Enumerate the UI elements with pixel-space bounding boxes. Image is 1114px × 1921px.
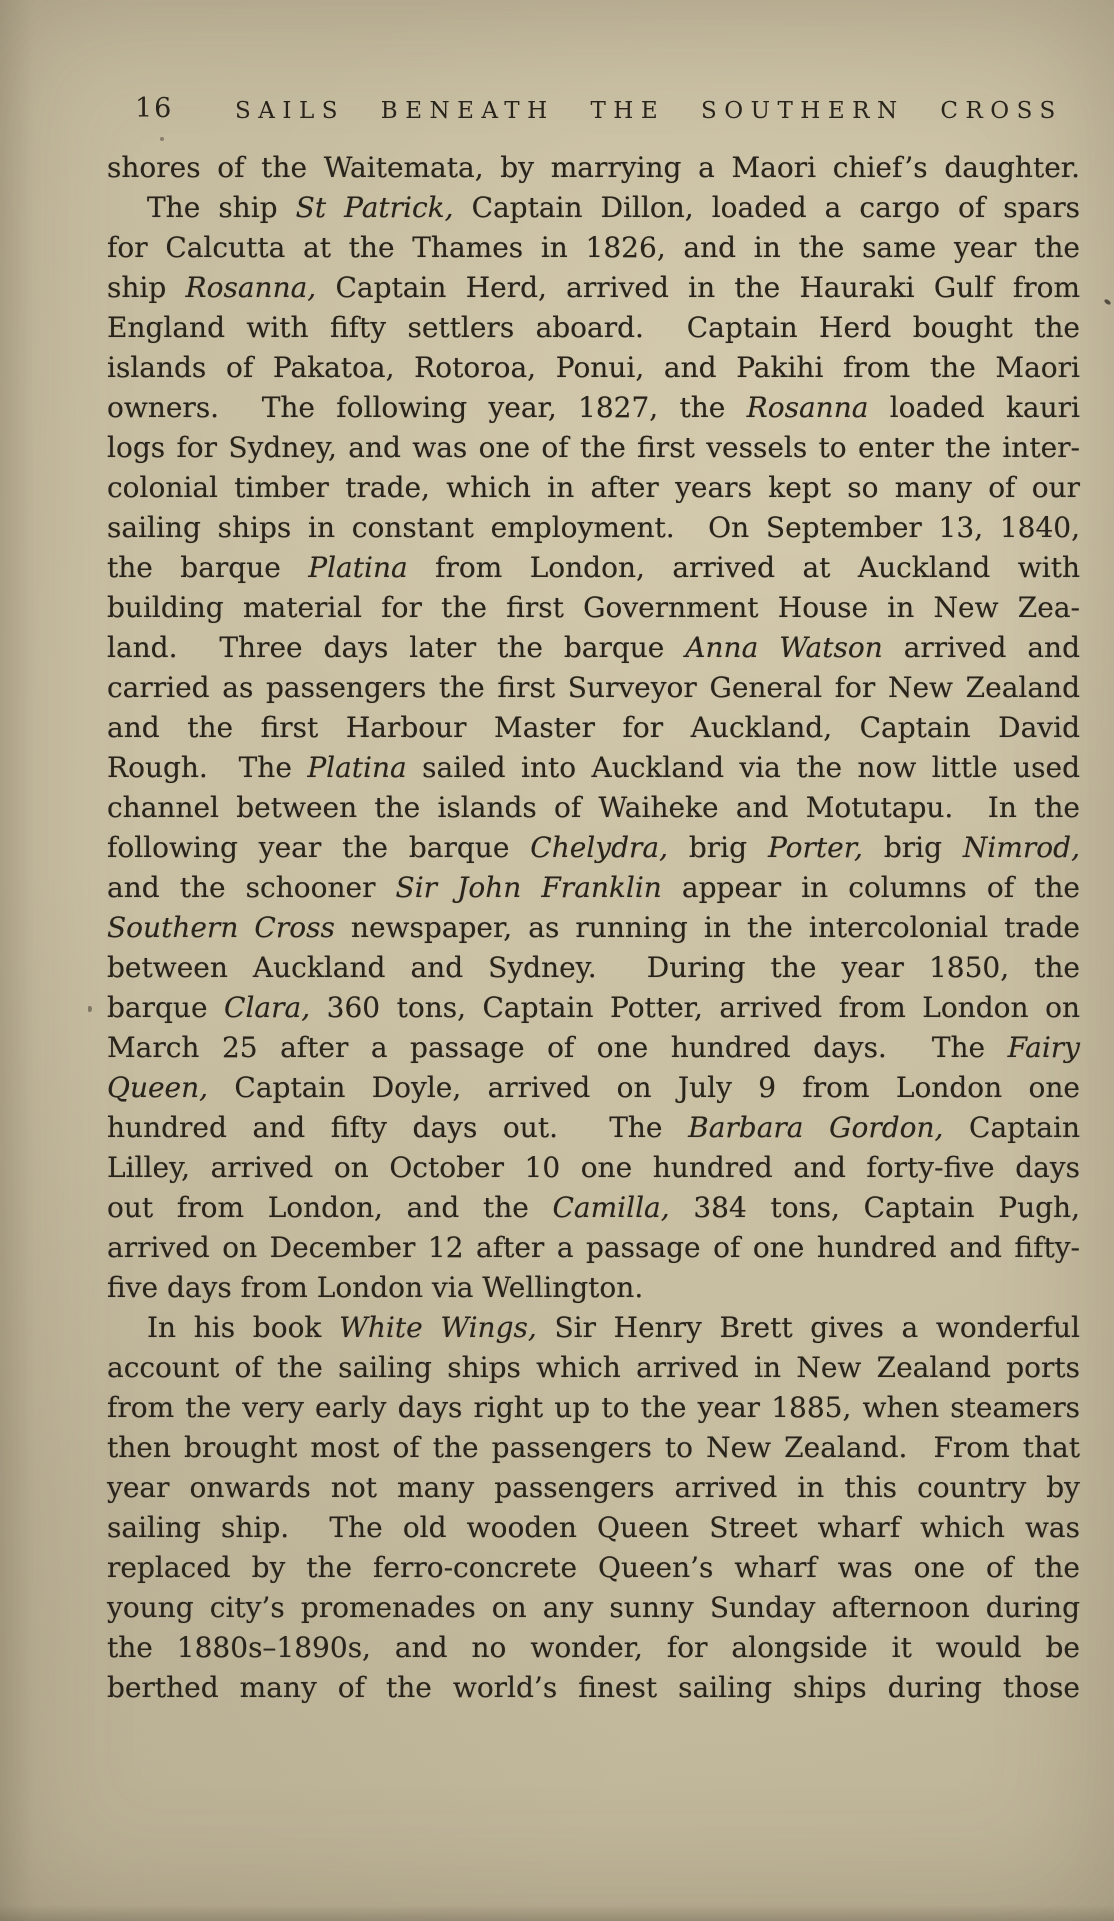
text-line: and the schooner Sir John Franklin appea… — [107, 868, 1080, 908]
text-segment: then brought most of the passengers to N… — [107, 1431, 1080, 1464]
text-segment: young city’s promenades on any sunny Sun… — [107, 1591, 1080, 1624]
text-line: Queen, Captain Doyle, arrived on July 9 … — [107, 1068, 1080, 1108]
paper-speck — [1103, 298, 1111, 305]
italic-name: White Wings, — [339, 1311, 537, 1344]
text-segment: Captain Herd, arrived in the Hauraki Gul… — [316, 271, 1080, 304]
italic-name: Rosanna — [747, 391, 869, 424]
text-segment: logs for Sydney, and was one of the firs… — [107, 431, 1080, 464]
text-line: ship Rosanna, Captain Herd, arrived in t… — [107, 268, 1080, 308]
text-segment: between Auckland and Sydney. During the … — [107, 951, 1080, 984]
text-line: barque Clara, 360 tons, Captain Potter, … — [107, 988, 1080, 1028]
text-segment: March 25 after a passage of one hundred … — [107, 1031, 1008, 1064]
text-line: and the first Harbour Master for Aucklan… — [107, 708, 1080, 748]
text-segment: the barque — [107, 551, 308, 584]
text-segment: barque — [107, 991, 224, 1024]
italic-name: Nimrod, — [963, 831, 1080, 864]
text-segment: sailing ship. The old wooden Queen Stree… — [107, 1511, 1080, 1544]
text-line: carried as passengers the first Surveyor… — [107, 668, 1080, 708]
italic-name: Platina — [308, 551, 407, 584]
text-line: then brought most of the passengers to N… — [107, 1428, 1080, 1468]
text-line: owners. The following year, 1827, the Ro… — [107, 388, 1080, 428]
text-line: channel between the islands of Waiheke a… — [107, 788, 1080, 828]
body-text: shores of the Waitemata, by marrying a M… — [107, 148, 1080, 1708]
text-segment: account of the sailing ships which arriv… — [107, 1351, 1080, 1384]
text-line: account of the sailing ships which arriv… — [107, 1348, 1080, 1388]
text-line: out from London, and the Camilla, 384 to… — [107, 1188, 1080, 1228]
text-segment: sailed into Auckland via the now little … — [407, 751, 1080, 784]
text-line: the 1880s–1890s, and no wonder, for alon… — [107, 1628, 1080, 1668]
text-line: The ship St Patrick, Captain Dillon, loa… — [107, 188, 1080, 228]
text-segment: five days from London via Wellington. — [107, 1271, 643, 1304]
italic-name: Queen, — [107, 1071, 208, 1104]
text-segment: carried as passengers the first Surveyor… — [107, 671, 1080, 704]
text-line: arrived on December 12 after a passage o… — [107, 1228, 1080, 1268]
text-segment: England with fifty settlers aboard. Capt… — [107, 311, 1080, 344]
italic-name: Chelydra, — [530, 831, 668, 864]
text-line: March 25 after a passage of one hundred … — [107, 1028, 1080, 1068]
text-line: replaced by the ferro-concrete Queen’s w… — [107, 1548, 1080, 1588]
text-segment: year onwards not many passengers arrived… — [107, 1471, 1080, 1504]
text-line: for Calcutta at the Thames in 1826, and … — [107, 228, 1080, 268]
text-line: year onwards not many passengers arrived… — [107, 1468, 1080, 1508]
text-segment: loaded kauri — [868, 391, 1080, 424]
text-line: the barque Platina from London, arrived … — [107, 548, 1080, 588]
text-segment: the 1880s–1890s, and no wonder, for alon… — [107, 1631, 1080, 1664]
text-line: young city’s promenades on any sunny Sun… — [107, 1588, 1080, 1628]
text-segment: from London, arrived at Auckland with — [408, 551, 1080, 584]
italic-name: Porter, — [768, 831, 863, 864]
text-line: following year the barque Chelydra, brig… — [107, 828, 1080, 868]
text-line: berthed many of the world’s finest saili… — [107, 1668, 1080, 1708]
text-segment: arrived on December 12 after a passage o… — [107, 1231, 1080, 1264]
paper-speck — [88, 1006, 92, 1012]
italic-name: Sir John Franklin — [396, 871, 662, 904]
text-line: from the very early days right up to the… — [107, 1388, 1080, 1428]
text-segment: hundred and fifty days out. The — [107, 1111, 688, 1144]
text-segment: Lilley, arrived on October 10 one hundre… — [107, 1151, 1080, 1184]
text-segment: Captain — [943, 1111, 1080, 1144]
text-segment: berthed many of the world’s finest saili… — [107, 1671, 1080, 1704]
text-line: shores of the Waitemata, by marrying a M… — [107, 148, 1080, 188]
text-segment: following year the barque — [107, 831, 530, 864]
text-segment: islands of Pakatoa, Rotoroa, Ponui, and … — [107, 351, 1080, 384]
italic-name: Barbara Gordon, — [688, 1111, 943, 1144]
page-header: 16 SAILS BENEATH THE SOUTHERN CROSS — [107, 93, 1080, 125]
text-line: islands of Pakatoa, Rotoroa, Ponui, and … — [107, 348, 1080, 388]
text-segment: colonial timber trade, which in after ye… — [107, 471, 1080, 504]
text-line: logs for Sydney, and was one of the firs… — [107, 428, 1080, 468]
text-segment: building material for the first Governme… — [107, 591, 1080, 624]
italic-name: St Patrick, — [296, 191, 454, 224]
page-number: 16 — [135, 93, 173, 125]
text-line: England with fifty settlers aboard. Capt… — [107, 308, 1080, 348]
italic-name: Clara, — [224, 991, 310, 1024]
text-line: In his book White Wings, Sir Henry Brett… — [107, 1308, 1080, 1348]
text-segment: shores of the Waitemata, by marrying a M… — [107, 151, 1080, 184]
text-segment: In his book — [147, 1311, 339, 1344]
paper-speck — [160, 137, 164, 141]
italic-name: Fairy — [1008, 1031, 1080, 1064]
text-line: building material for the first Governme… — [107, 588, 1080, 628]
text-segment: owners. The following year, 1827, the — [107, 391, 747, 424]
text-line: between Auckland and Sydney. During the … — [107, 948, 1080, 988]
book-page: 16 SAILS BENEATH THE SOUTHERN CROSS shor… — [0, 0, 1114, 1921]
text-line: hundred and fifty days out. The Barbara … — [107, 1108, 1080, 1148]
text-segment: replaced by the ferro-concrete Queen’s w… — [107, 1551, 1080, 1584]
text-line: Rough. The Platina sailed into Auckland … — [107, 748, 1080, 788]
text-segment: Captain Dillon, loaded a cargo of spars — [454, 191, 1080, 224]
text-line: sailing ship. The old wooden Queen Stree… — [107, 1508, 1080, 1548]
italic-name: Rosanna, — [186, 271, 317, 304]
text-segment: Rough. The — [107, 751, 307, 784]
text-line: five days from London via Wellington. — [107, 1268, 1080, 1308]
text-segment: and the schooner — [107, 871, 396, 904]
italic-name: Southern Cross — [107, 911, 335, 944]
italic-name: Camilla, — [553, 1191, 670, 1224]
text-segment: 384 tons, Captain Pugh, — [670, 1191, 1080, 1224]
text-segment: newspaper, as running in the intercoloni… — [335, 911, 1080, 944]
text-segment: out from London, and the — [107, 1191, 553, 1224]
text-line: colonial timber trade, which in after ye… — [107, 468, 1080, 508]
text-segment: The ship — [147, 191, 296, 224]
text-segment: from the very early days right up to the… — [107, 1391, 1080, 1424]
text-segment: ship — [107, 271, 186, 304]
text-segment: for Calcutta at the Thames in 1826, and … — [107, 231, 1080, 264]
text-segment: 360 tons, Captain Potter, arrived from L… — [310, 991, 1080, 1024]
text-segment: brig — [863, 831, 963, 864]
text-segment: channel between the islands of Waiheke a… — [107, 791, 1080, 824]
italic-name: Platina — [307, 751, 406, 784]
text-line: Lilley, arrived on October 10 one hundre… — [107, 1148, 1080, 1188]
text-segment: appear in columns of the — [662, 871, 1080, 904]
text-line: land. Three days later the barque Anna W… — [107, 628, 1080, 668]
italic-name: Anna Watson — [685, 631, 882, 664]
text-segment: and the first Harbour Master for Aucklan… — [107, 711, 1080, 744]
text-segment: land. Three days later the barque — [107, 631, 685, 664]
running-head: SAILS BENEATH THE SOUTHERN CROSS — [235, 95, 1063, 127]
text-segment: sailing ships in constant employment. On… — [107, 511, 1080, 544]
text-segment: Sir Henry Brett gives a wonderful — [537, 1311, 1080, 1344]
text-line: Southern Cross newspaper, as running in … — [107, 908, 1080, 948]
text-segment: arrived and — [883, 631, 1080, 664]
text-segment: brig — [668, 831, 768, 864]
text-segment: Captain Doyle, arrived on July 9 from Lo… — [208, 1071, 1080, 1104]
text-line: sailing ships in constant employment. On… — [107, 508, 1080, 548]
